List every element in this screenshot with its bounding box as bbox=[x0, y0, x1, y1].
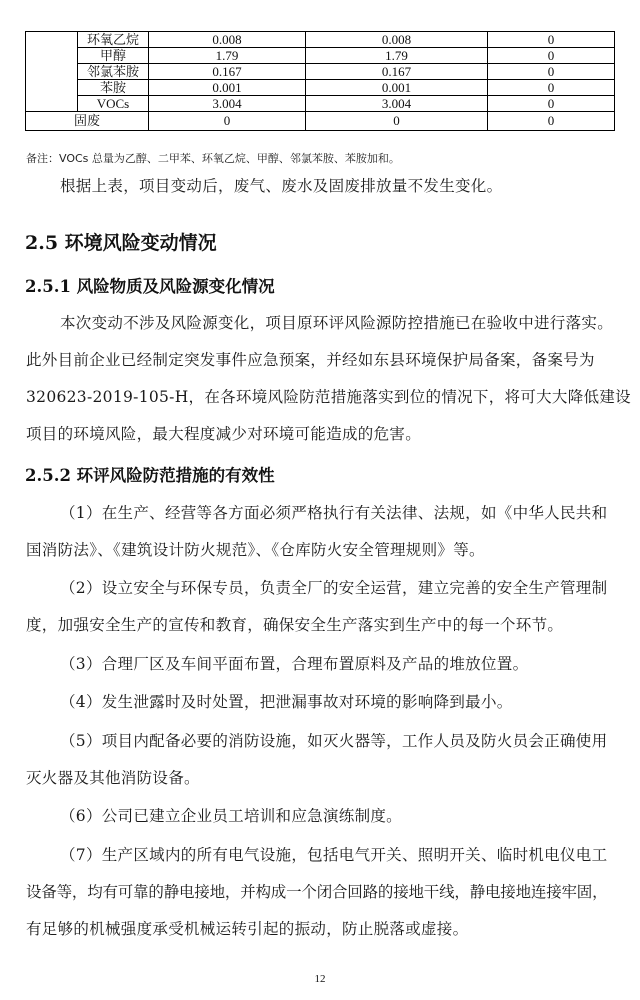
paragraph-line: 此外目前企业已经制定突发事件应急预案，并经如东县环境保护局备案，备案号为 bbox=[26, 350, 616, 370]
before-value: 3.004 bbox=[149, 96, 306, 112]
before-value: 0.008 bbox=[149, 32, 306, 48]
change-value: 0 bbox=[488, 96, 615, 112]
paragraph-line: （1）在生产、经营等各方面必须严格执行有关法律、法规，如《中华人民共和 bbox=[60, 503, 640, 523]
after-value: 0.001 bbox=[306, 80, 488, 96]
paragraph-line: （5）项目内配备必要的消防设施，如灭火器等，工作人员及防火员会正确使用 bbox=[60, 731, 640, 751]
subsection-heading: 2.5.2 环评风险防范措施的有效性 bbox=[25, 462, 275, 486]
pollutant-name: 环氧乙烷 bbox=[78, 32, 149, 48]
emissions-table: 环氧乙烷 0.008 0.008 0 甲醇 1.79 1.79 0 邻氯苯胺 0… bbox=[25, 31, 615, 131]
paragraph-line: （4）发生泄露时及时处置，把泄漏事故对环境的影响降到最小。 bbox=[60, 692, 640, 712]
paragraph-line: （3）合理厂区及车间平面布置，合理布置原料及产品的堆放位置。 bbox=[60, 654, 640, 674]
paragraph-line: （2）设立安全与环保专员，负责全厂的安全运营，建立完善的安全生产管理制 bbox=[60, 578, 640, 598]
after-value: 0.167 bbox=[306, 64, 488, 80]
paragraph-line: 灭火器及其他消防设备。 bbox=[26, 768, 616, 788]
group-cell bbox=[26, 32, 78, 112]
paragraph-line: （7）生产区域内的所有电气设施，包括电气开关、照明开关、临时机电仪电工 bbox=[60, 845, 640, 865]
table-row: 甲醇 1.79 1.79 0 bbox=[26, 48, 615, 64]
paragraph-line: 有足够的机械强度承受机械运转引起的振动，防止脱落或虚接。 bbox=[26, 919, 616, 939]
pollutant-name: VOCs bbox=[78, 96, 149, 112]
paragraph-line: 项目的环境风险，最大程度减少对环境可能造成的危害。 bbox=[26, 424, 616, 444]
summary-paragraph: 根据上表，项目变动后，废气、废水及固废排放量不发生变化。 bbox=[60, 176, 640, 196]
pollutant-name: 苯胺 bbox=[78, 80, 149, 96]
page-number: 12 bbox=[0, 973, 640, 985]
change-value: 0 bbox=[488, 64, 615, 80]
table-row: VOCs 3.004 3.004 0 bbox=[26, 96, 615, 112]
after-value: 1.79 bbox=[306, 48, 488, 64]
pollutant-name: 甲醇 bbox=[78, 48, 149, 64]
table-row: 苯胺 0.001 0.001 0 bbox=[26, 80, 615, 96]
table-row: 邻氯苯胺 0.167 0.167 0 bbox=[26, 64, 615, 80]
paragraph-line: 本次变动不涉及风险源变化，项目原环评风险源防控措施已在验收中进行落实。 bbox=[60, 313, 640, 333]
before-value: 1.79 bbox=[149, 48, 306, 64]
subsection-heading: 2.5.1 风险物质及风险源变化情况 bbox=[25, 273, 275, 297]
before-value: 0.167 bbox=[149, 64, 306, 80]
paragraph-line: 320623-2019-105-H，在各环境风险防范措施落实到位的情况下，将可大… bbox=[26, 387, 616, 407]
paragraph-line: （6）公司已建立企业员工培训和应急演练制度。 bbox=[60, 806, 640, 826]
table-note: 备注：VOCs 总量为乙醇、二甲苯、环氧乙烷、甲醇、邻氯苯胺、苯胺加和。 bbox=[26, 150, 400, 166]
change-value: 0 bbox=[488, 48, 615, 64]
paragraph-line: 国消防法》、《建筑设计防火规范》、《仓库防火安全管理规则》等。 bbox=[26, 540, 616, 560]
after-value: 3.004 bbox=[306, 96, 488, 112]
pollutant-name: 邻氯苯胺 bbox=[78, 64, 149, 80]
after-value: 0.008 bbox=[306, 32, 488, 48]
pollutant-name: 固废 bbox=[26, 112, 149, 131]
change-value: 0 bbox=[488, 32, 615, 48]
after-value: 0 bbox=[306, 112, 488, 131]
table-row-solid-waste: 固废 0 0 0 bbox=[26, 112, 615, 131]
paragraph-line: 设备等，均有可靠的静电接地，并构成一个闭合回路的接地干线，静电接地连接牢固， bbox=[26, 882, 616, 902]
table-row: 环氧乙烷 0.008 0.008 0 bbox=[26, 32, 615, 48]
before-value: 0 bbox=[149, 112, 306, 131]
change-value: 0 bbox=[488, 112, 615, 131]
section-heading: 2.5 环境风险变动情况 bbox=[25, 228, 217, 255]
paragraph-line: 度，加强安全生产的宣传和教育，确保安全生产落实到生产中的每一个环节。 bbox=[26, 615, 616, 635]
before-value: 0.001 bbox=[149, 80, 306, 96]
change-value: 0 bbox=[488, 80, 615, 96]
